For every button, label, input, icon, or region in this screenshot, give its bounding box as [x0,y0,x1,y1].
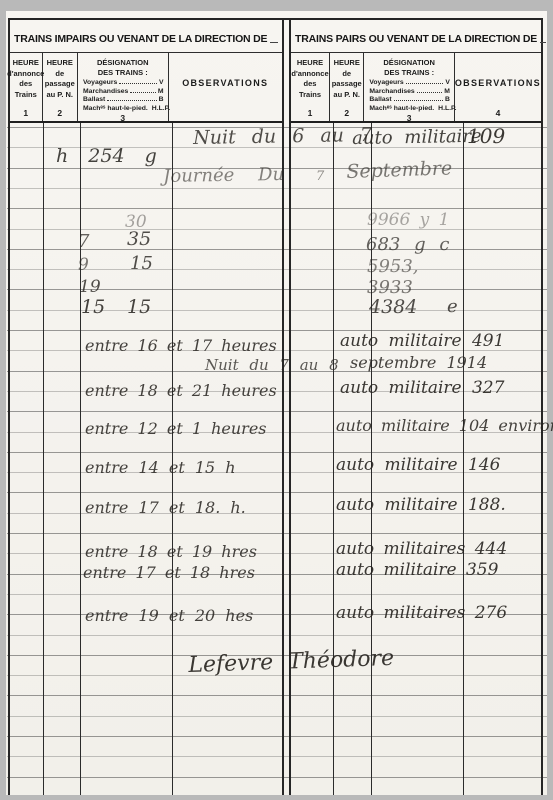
handwritten-entry: 109 [467,124,505,148]
handwritten-entry: h 254 g [56,145,157,167]
handwritten-entry: 15 [130,253,153,274]
handwritten-entry: entre 17 et 18 hres [83,563,255,582]
handwritten-entry: auto militaire [352,126,482,149]
handwritten-entry: Journée Du [163,164,284,187]
handwritten-entry: 9 [78,255,89,275]
handwritten-entry: Septembre [346,157,453,183]
handwritten-entry: entre 12 et 1 heures [85,419,267,438]
handwritten-entry: 19 [79,277,101,297]
handwritten-entry: auto militaire 146 [336,455,500,475]
handwritten-entry: entre 18 et 21 heures [85,381,277,400]
register-scan: TRAINS IMPAIRS OU VENANT DE LA DIRECTION… [0,0,553,800]
handwritten-entry: 7 [316,169,324,184]
handwritten-entry: auto militaire 188. [336,495,506,515]
handwritten-entry: 9966 y 1 [367,210,450,230]
handwritten-entry: entre 16 et 17 heures [85,336,277,355]
handwritten-entry: e [447,296,458,317]
handwritten-entry: entre 19 et 20 hes [85,606,253,625]
handwritten-entry: 5953, [367,256,419,277]
handwritten-entry: auto militaire 359 [336,560,498,580]
handwritten-entry: Nuit du 7 au 8 [205,356,339,374]
handwritten-entry: 683 g c [366,234,449,255]
handwritten-entry: auto militaire 491 [340,331,504,351]
handwritten-entry: 4384 [369,296,417,318]
handwritten-entry: Nuit du 6 au 7 [193,124,372,149]
handwritten-entry: entre 14 et 15 h [85,458,236,477]
handwritten-entry: 35 [127,228,151,250]
handwritten-entry: 7 [78,231,89,252]
handwritten-entry: auto militaires 276 [336,603,507,623]
handwritten-entry: auto militaires 444 [336,539,507,559]
handwritten-entry: auto militaire 104 environ [336,416,553,435]
handwritten-entry: septembre 1914 [350,353,487,372]
handwritten-entry: entre 17 et 18. h. [85,498,246,517]
handwritten-entry: 3933 [367,277,413,298]
handwritten-entry: 15 [81,296,105,318]
handwritten-entry: entre 18 et 19 hres [85,542,257,561]
handwritten-entry: Lefevre Théodore [188,646,394,678]
handwritten-entry: 15 [127,296,151,318]
handwriting-layer: Nuit du 6 au 7auto militaire109h 254 gJo… [0,0,553,800]
handwritten-entry: auto militaire 327 [340,378,504,398]
